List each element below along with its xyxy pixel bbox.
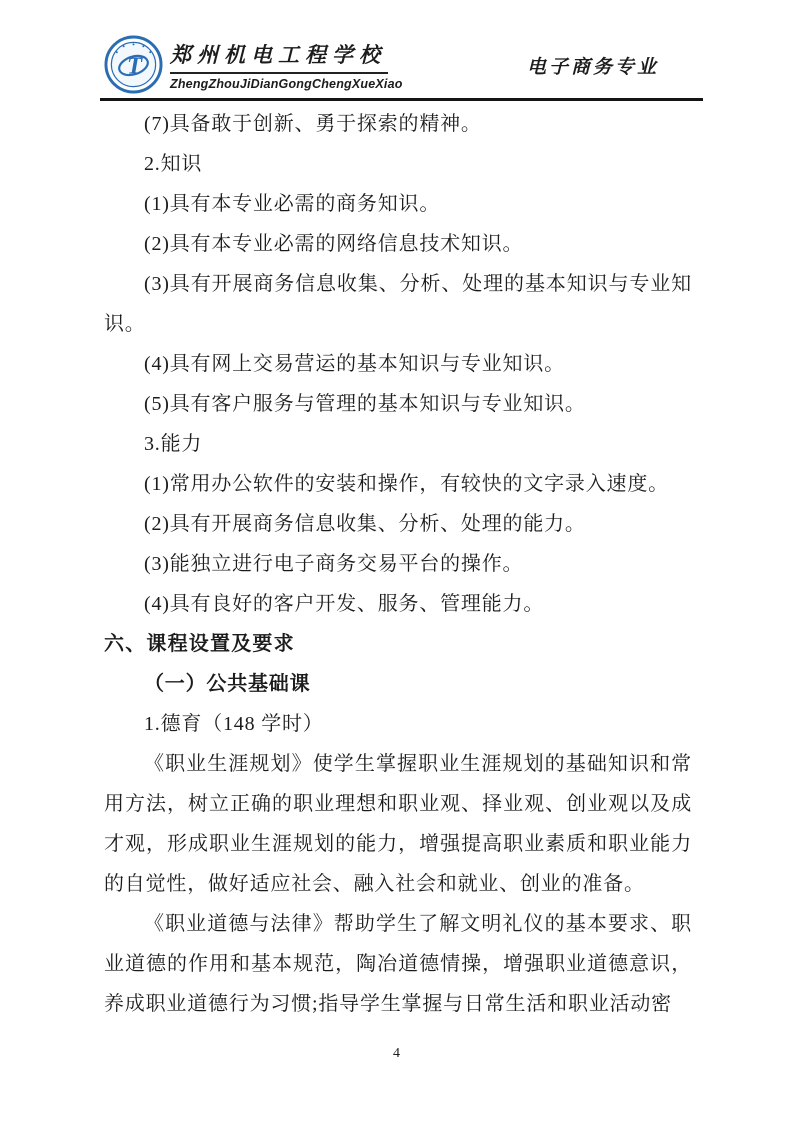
svg-text:T: T (127, 52, 143, 79)
paragraph: 2.知识 (104, 144, 692, 184)
paragraph: (3)能独立进行电子商务交易平台的操作。 (104, 544, 692, 584)
page-number: 4 (0, 1046, 793, 1062)
major-title: 电子商务专业 (527, 52, 659, 79)
paragraph: (4)具有良好的客户开发、服务、管理能力。 (104, 584, 692, 624)
paragraph: (3)具有开展商务信息收集、分析、处理的基本知识与专业知识。 (104, 264, 692, 344)
paragraph: 3.能力 (104, 424, 692, 464)
subsection-heading: （一）公共基础课 (104, 664, 692, 704)
paragraph: (7)具备敢于创新、勇于探索的精神。 (104, 104, 692, 144)
paragraph: (2)具有开展商务信息收集、分析、处理的能力。 (104, 504, 692, 544)
school-logo-icon: T (104, 35, 163, 94)
school-name: 郑州机电工程学校 (170, 39, 388, 74)
paragraph: (5)具有客户服务与管理的基本知识与专业知识。 (104, 384, 692, 424)
paragraph: (1)常用办公软件的安装和操作，有较快的文字录入速度。 (104, 464, 692, 504)
section-heading: 六、课程设置及要求 (104, 624, 692, 664)
school-pinyin: ZhengZhouJiDianGongChengXueXiao (170, 77, 403, 91)
paragraph: 《职业生涯规划》使学生掌握职业生涯规划的基础知识和常用方法，树立正确的职业理想和… (104, 744, 692, 904)
paragraph: (4)具有网上交易营运的基本知识与专业知识。 (104, 344, 692, 384)
paragraph: 1.德育（148 学时） (104, 704, 692, 744)
paragraph: (1)具有本专业必需的商务知识。 (104, 184, 692, 224)
document-page: T 郑州机电工程学校 ZhengZhouJiDianGongChengXueXi… (0, 0, 793, 1122)
page-header: T 郑州机电工程学校 ZhengZhouJiDianGongChengXueXi… (100, 36, 703, 101)
document-body: (7)具备敢于创新、勇于探索的精神。 2.知识 (1)具有本专业必需的商务知识。… (104, 104, 692, 1024)
paragraph: (2)具有本专业必需的网络信息技术知识。 (104, 224, 692, 264)
school-identity: 郑州机电工程学校 ZhengZhouJiDianGongChengXueXiao (170, 39, 403, 91)
paragraph: 《职业道德与法律》帮助学生了解文明礼仪的基本要求、职业道德的作用和基本规范，陶冶… (104, 904, 692, 1024)
